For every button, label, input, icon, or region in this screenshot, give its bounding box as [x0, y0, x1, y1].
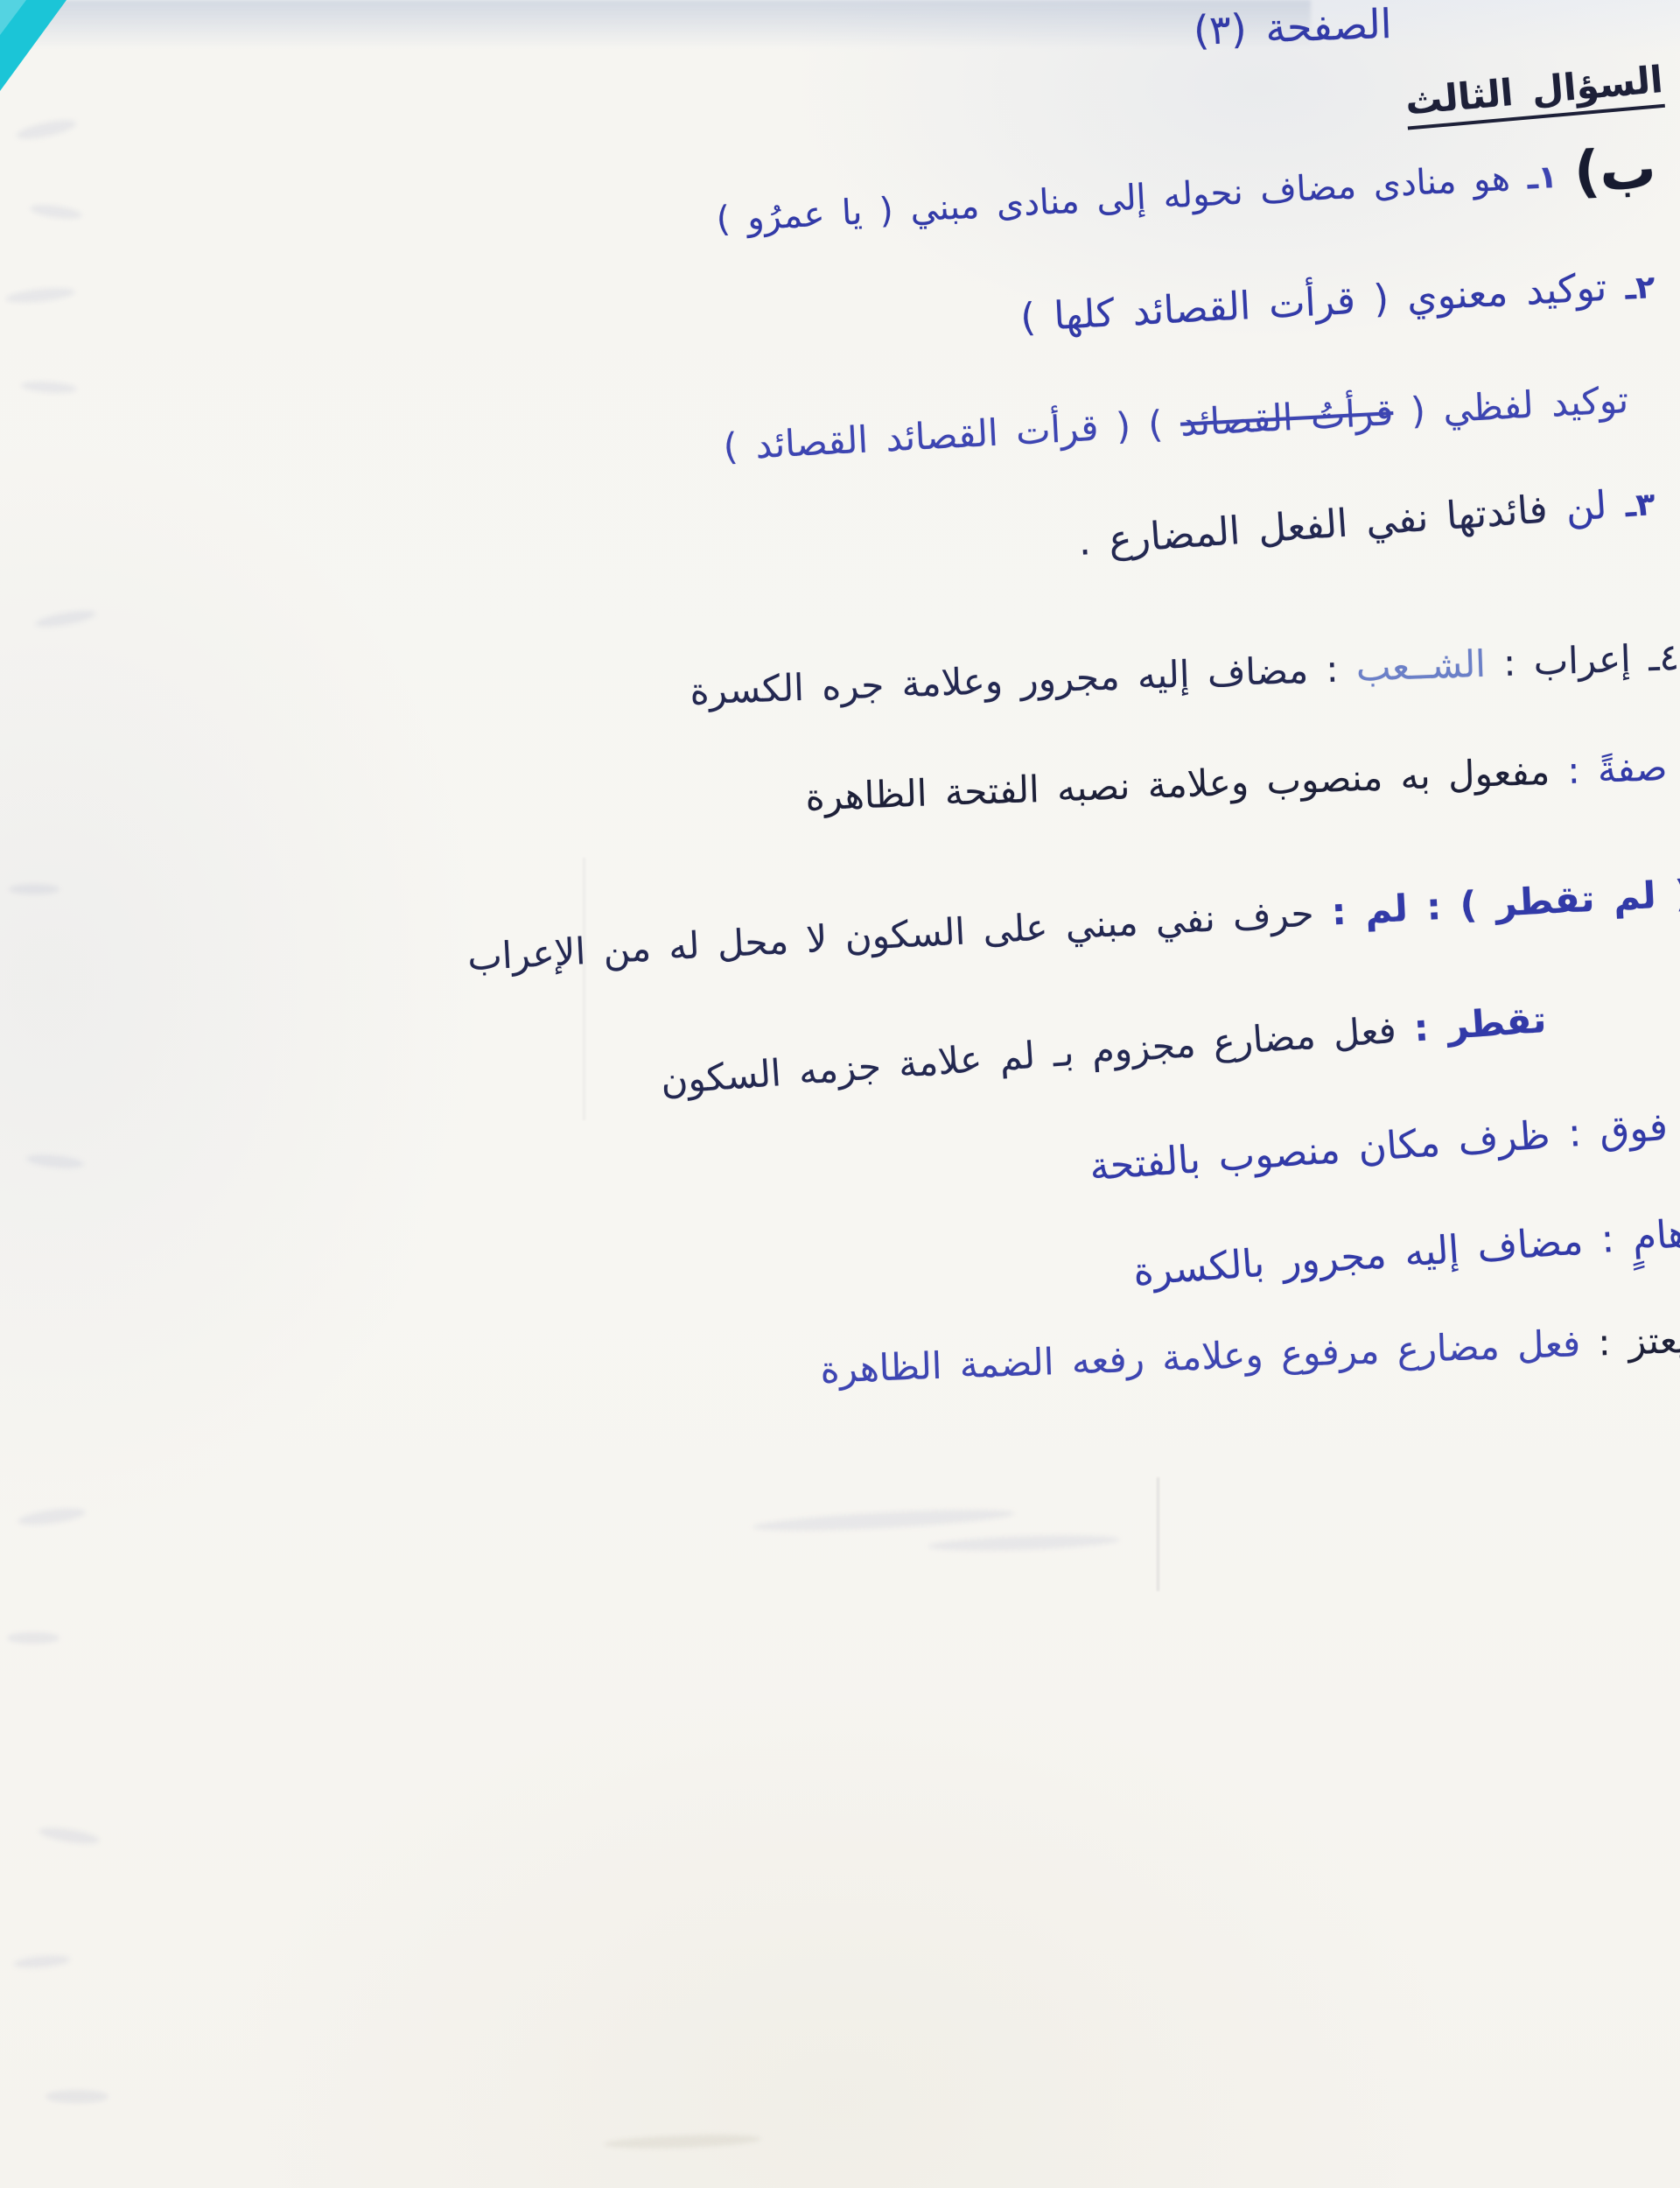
handwritten-line-answer-b: ب) ١ـ هو منادى مضاف نحوله إلى منادى مبني…: [714, 131, 1657, 245]
bleed-through-mark: [38, 1825, 100, 1848]
paper-crease: [1157, 1477, 1159, 1591]
fawqa-word: فوق :: [1567, 1105, 1669, 1156]
yatazz-word: يعتز :: [1598, 1318, 1680, 1364]
handwritten-line-hamin: هامٍ : مضاف إليه مجرور بالكسرة: [1132, 1211, 1680, 1294]
answer-b-text: هو منادى مضاف نحوله إلى منادى مبني ( يا …: [715, 158, 1510, 240]
lan-text: فائدتها نفي الفعل المضارع .: [1077, 487, 1550, 565]
irab-word-shaab: الشــعب: [1355, 642, 1487, 690]
handwritten-line-irab-shaab: ٤ـ إعراب : الشــعب : مضاف إليه مجرور وعل…: [689, 635, 1680, 712]
bleed-through-mark: [29, 202, 82, 221]
tawkid-lafzi-label: توكيد لفظي (: [1410, 378, 1630, 432]
hamin-text: مضاف إليه مجرور بالكسرة: [1132, 1218, 1585, 1294]
taqtur-text: فعل مضارع مجزوم بـ لم علامة جزمه السكون: [659, 1008, 1397, 1103]
bleed-through-mark: [25, 1153, 84, 1171]
handwritten-line-tawkid-manawi: ٢ـ توكيد معنوي ( قرأت القصائد كلها ): [1019, 263, 1656, 340]
handwritten-line-tawkid-lafzi: توكيد لفظي ( قرأتُ القصائد ) ( قرأت القص…: [723, 378, 1630, 468]
yatazz-text: فعل مضارع مرفوع وعلامة رفعه الضمة الظاهر…: [820, 1322, 1581, 1391]
handwritten-line-fawqa: فوق : ظرف مكان منصوب بالفتحة: [1088, 1105, 1669, 1189]
section-header-text: السؤال الثالث: [1403, 58, 1665, 130]
bleed-through-text-band: [752, 1505, 1016, 1535]
fawqa-text: ظرف مكان منصوب بالفتحة: [1088, 1112, 1551, 1189]
tawkid-lafzi-struck-text: قرأتُ القصائد: [1179, 390, 1395, 445]
scanned-document-page: الصفحة (٣) السؤال الثالث ب) ١ـ هو منادى …: [0, 0, 1680, 2188]
sifa-text: مفعول به منصوب وعلامة نصبه الفتحة الظاهر…: [804, 750, 1550, 819]
handwritten-line-sifa: صفةً : مفعول به منصوب وعلامة نصبه الفتحة…: [804, 746, 1668, 818]
bleed-through-mark: [34, 607, 96, 630]
handwritten-line-lam-taqtur: ( لم تقطر ) : لم : حرف نفي مبني على السك…: [466, 872, 1680, 978]
section-header: السؤال الثالث: [1403, 58, 1664, 123]
bleed-through-mark: [9, 884, 59, 894]
lam-taqtur-word: ( لم تقطر ) : لم :: [1330, 872, 1680, 934]
bleed-through-mark: [15, 116, 78, 143]
bleed-through-mark: [21, 380, 78, 395]
bleed-through-mark: [4, 285, 75, 305]
lan-number: ٣ـ: [1624, 487, 1656, 524]
bleed-through-mark: [14, 1953, 71, 1970]
answer-b-marker: ب): [1572, 137, 1657, 206]
sifa-word: صفةً :: [1566, 746, 1668, 792]
tawkid-manawi-number: ٢ـ: [1624, 270, 1655, 307]
lan-particle: لن: [1564, 483, 1608, 530]
handwritten-line-yatazz: يعتز : فعل مضارع مرفوع وعلامة رفعه الضمة…: [820, 1318, 1680, 1392]
tawkid-manawi-text: توكيد معنوي ( قرأت القصائد كلها ): [1019, 265, 1607, 340]
irab-shaab-text: : مضاف إليه مجرور وعلامة جره الكسرة: [689, 648, 1340, 713]
bleed-through-mark: [7, 1632, 59, 1644]
bleed-through-mark: [45, 2090, 108, 2103]
bleed-through-text-band: [927, 1532, 1120, 1553]
answer-b-number: ١ـ: [1526, 159, 1557, 197]
page-title-text: الصفحة (٣): [1193, 0, 1393, 54]
tawkid-lafzi-rest: ) ( قرأت القصائد القصائد ): [723, 403, 1165, 468]
scanner-edge-shadow: [0, 0, 1311, 47]
handwritten-line-lan: ٣ـ لن فائدتها نفي الفعل المضارع .: [1077, 480, 1657, 565]
paper-crease: [583, 858, 585, 1120]
bleed-through-mark: [604, 2133, 761, 2150]
lam-taqtur-text: حرف نفي مبني على السكون لا محل له من الإ…: [466, 892, 1315, 979]
corner-fold-triangle: [0, 0, 66, 91]
irab-label: ٤ـ إعراب :: [1502, 635, 1679, 684]
page-title: الصفحة (٣): [1193, 0, 1393, 54]
bleed-through-mark: [17, 1505, 86, 1529]
handwritten-line-taqtur: تقطر : فعل مضارع مجزوم بـ لم علامة جزمه …: [659, 998, 1547, 1103]
hamin-word: هامٍ :: [1600, 1211, 1680, 1262]
taqtur-word: تقطر :: [1412, 998, 1548, 1049]
